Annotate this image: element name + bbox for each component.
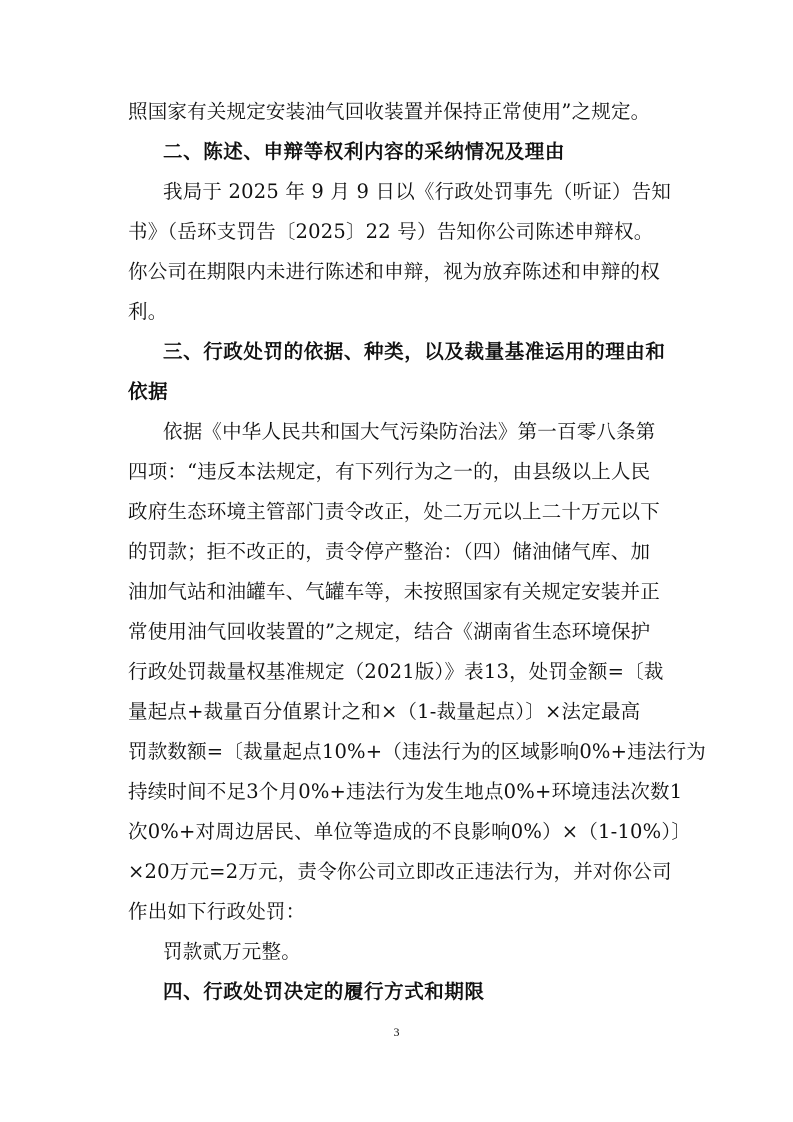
body-line: 四项：“违反本法规定，有下列行为之一的，由县级以上人民: [128, 460, 673, 484]
section-heading-3-cont: 依据: [128, 380, 673, 404]
body-line: 依据《中华人民共和国大气污染防治法》第一百零八条第: [163, 420, 673, 444]
body-line: 政府生态环境主管部门责令改正，处二万元以上二十万元以下: [128, 500, 673, 524]
body-line: 利。: [128, 300, 673, 324]
penalty-amount-line: 罚款贰万元整。: [163, 940, 673, 964]
body-line: 照国家有关规定安装油气回收装置并保持正常使用”之规定。: [128, 100, 673, 124]
body-line: 油加气站和油罐车、气罐车等，未按照国家有关规定安装并正: [128, 580, 673, 604]
body-line: 的罚款；拒不改正的，责令停产整治：（四）储油储气库、加: [128, 540, 673, 564]
section-heading-3: 三、行政处罚的依据、种类，以及裁量基准运用的理由和: [163, 340, 673, 364]
body-line: ×20万元=2万元，责令你公司立即改正违法行为，并对你公司: [128, 860, 673, 884]
body-line: 作出如下行政处罚：: [128, 900, 673, 924]
body-line: 常使用油气回收装置的”之规定，结合《湖南省生态环境保护: [128, 620, 673, 644]
body-line: 行政处罚裁量权基准规定（2021版）》表13，处罚金额=〔裁: [128, 660, 673, 684]
section-heading-2: 二、陈述、申辩等权利内容的采纳情况及理由: [163, 140, 673, 164]
body-line: 书》（岳环支罚告〔2025〕22 号）告知你公司陈述申辩权。: [128, 220, 673, 244]
section-heading-4: 四、行政处罚决定的履行方式和期限: [163, 980, 673, 1004]
body-line: 罚款数额=〔裁量起点10%+（违法行为的区域影响0%+违法行为: [128, 740, 673, 764]
body-line: 你公司在期限内未进行陈述和申辩，视为放弃陈述和申辩的权: [128, 260, 673, 284]
body-line: 量起点+裁量百分值累计之和×（1-裁量起点）〕×法定最高: [128, 700, 673, 724]
page-number: 3: [0, 1025, 793, 1040]
body-line: 次0%+对周边居民、单位等造成的不良影响0%）×（1-10%）〕: [128, 820, 673, 844]
body-line: 持续时间不足3个月0%+违法行为发生地点0%+环境违法次数1: [128, 780, 673, 804]
document-page: 照国家有关规定安装油气回收装置并保持正常使用”之规定。 二、陈述、申辩等权利内容…: [0, 0, 793, 1122]
body-line: 我局于 2025 年 9 月 9 日以《行政处罚事先（听证）告知: [163, 180, 673, 204]
